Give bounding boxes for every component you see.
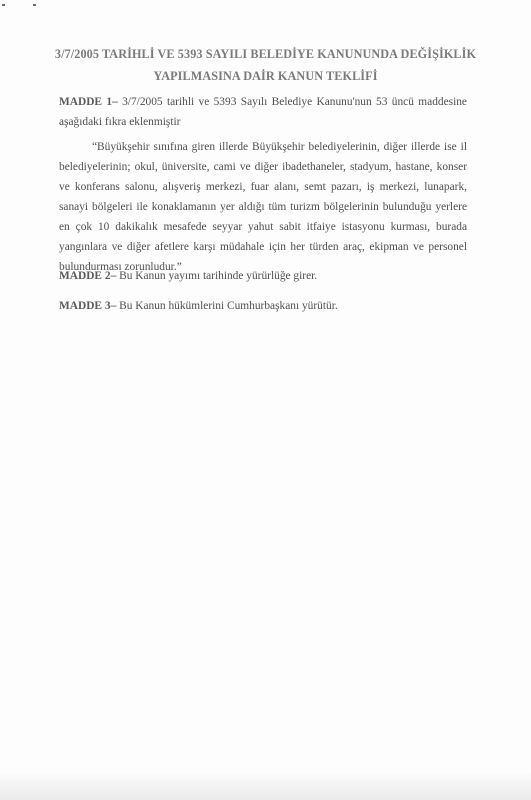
- document-title-line-2: YAPILMASINA DAİR KANUN TEKLİFİ: [0, 69, 531, 84]
- document-title-line-1: 3/7/2005 TARİHLİ VE 5393 SAYILI BELEDİYE…: [0, 47, 531, 62]
- scan-artifact-mark: [2, 4, 5, 6]
- article-1-label: MADDE 1–: [59, 96, 118, 108]
- article-2-text: Bu Kanun yayımı tarihinde yürürlüğe gire…: [116, 270, 317, 282]
- quoted-paragraph: “Büyükşehir sınıfına giren illerde Büyük…: [59, 137, 467, 277]
- article-3-text: Bu Kanun hükümlerini Cumhurbaşkanı yürüt…: [116, 300, 337, 312]
- article-3-label: MADDE 3–: [59, 300, 116, 312]
- article-2-label: MADDE 2–: [59, 270, 116, 282]
- article-3: MADDE 3– Bu Kanun hükümlerini Cumhurbaşk…: [59, 296, 467, 316]
- article-1-text: 3/7/2005 tarihli ve 5393 Sayılı Belediye…: [59, 96, 467, 128]
- scan-bottom-shadow: [0, 772, 531, 800]
- scan-artifact-mark: [33, 4, 36, 6]
- article-1: MADDE 1– 3/7/2005 tarihli ve 5393 Sayılı…: [59, 92, 467, 132]
- scanned-document-page: 3/7/2005 TARİHLİ VE 5393 SAYILI BELEDİYE…: [0, 0, 531, 800]
- article-2: MADDE 2– Bu Kanun yayımı tarihinde yürür…: [59, 266, 467, 286]
